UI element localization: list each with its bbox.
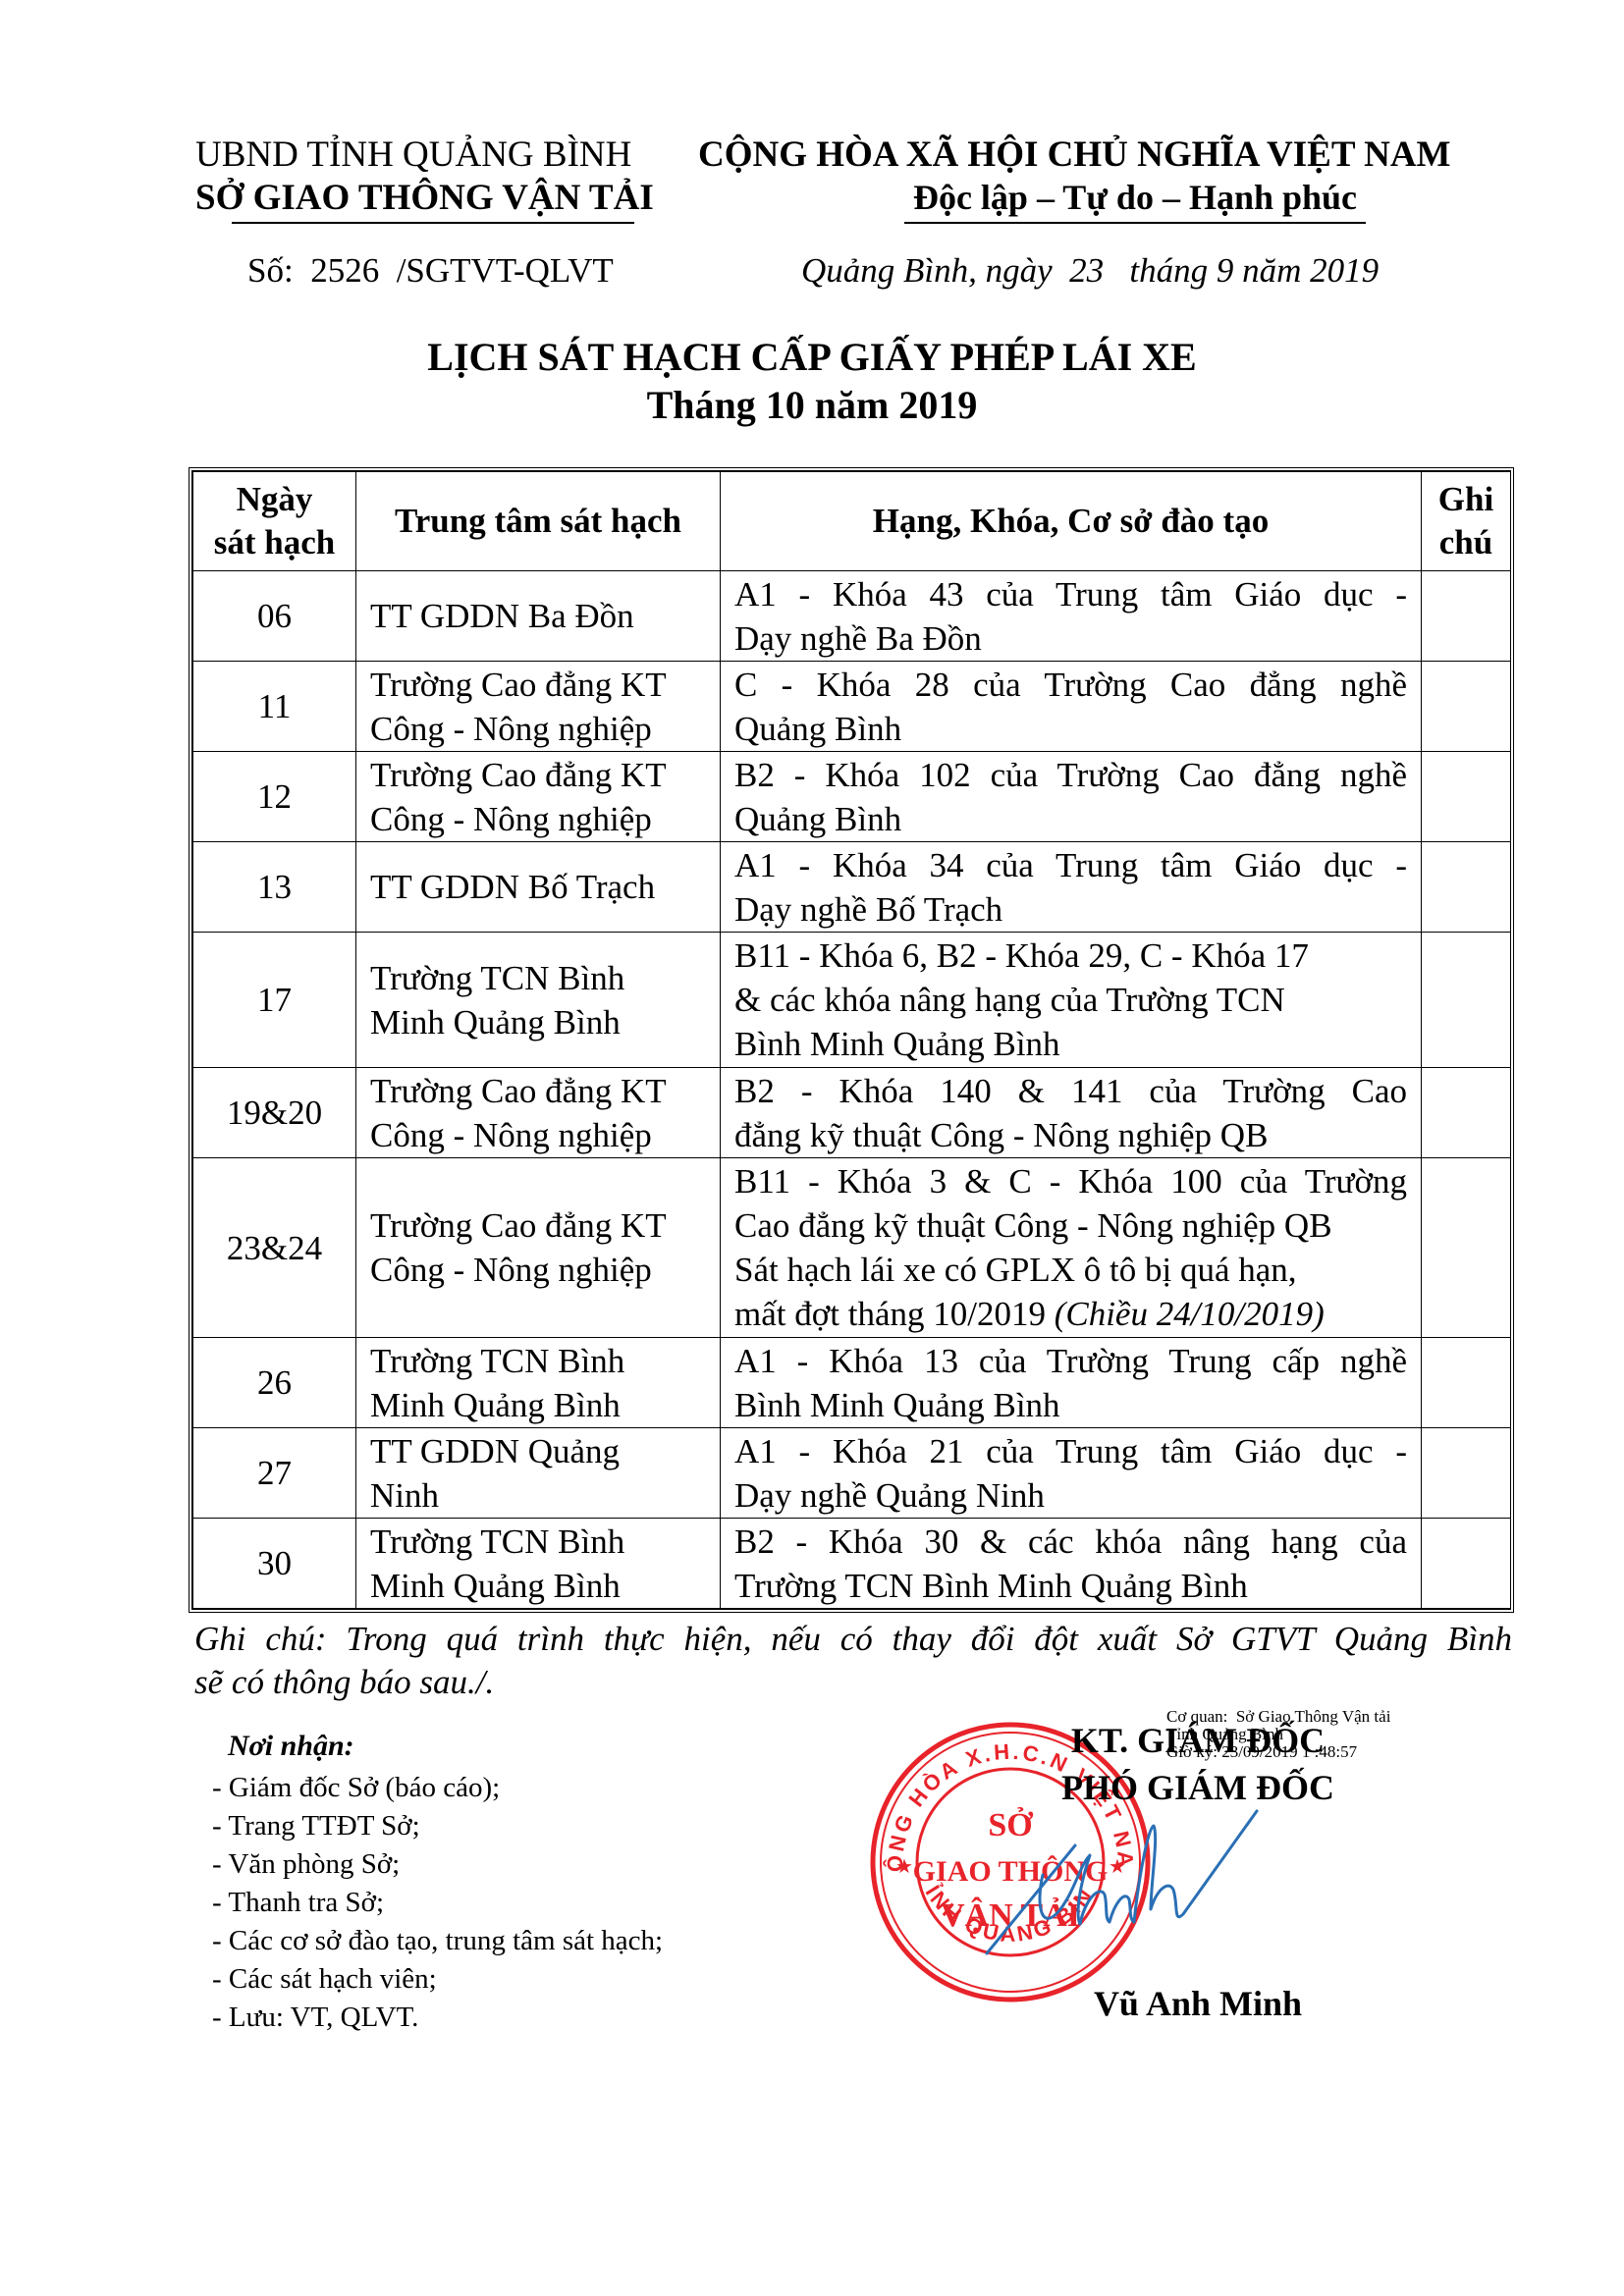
column-header-exam-center: Trung tâm sát hạch xyxy=(356,472,721,571)
exam-center-line: Công - Nông nghiệp xyxy=(370,1113,706,1157)
course-cell: C - Khóa 28 của Trường Cao đẳng nghềQuản… xyxy=(721,662,1422,752)
exam-center-line: Minh Quảng Bình xyxy=(370,1564,706,1608)
recipient-item: - Giám đốc Sở (báo cáo); xyxy=(212,1769,663,1807)
exam-center-cell: Trường Cao đẳng KTCông - Nông nghiệp xyxy=(356,752,721,842)
exam-center-line: Trường Cao đẳng KT xyxy=(370,663,706,707)
recipient-item: - Các cơ sở đào tạo, trung tâm sát hạch; xyxy=(212,1922,663,1960)
header-text: chú xyxy=(1439,523,1492,561)
course-cell: B11 - Khóa 6, B2 - Khóa 29, C - Khóa 17&… xyxy=(721,933,1422,1068)
course-text: Quảng Bình xyxy=(734,710,901,748)
motto-underline xyxy=(904,222,1366,224)
exam-center-line: Trường TCN Bình xyxy=(370,1520,706,1564)
exam-center-cell: Trường TCN BìnhMinh Quảng Bình xyxy=(356,1338,721,1428)
signatory-title: KT. GIÁM ĐỐC xyxy=(982,1720,1414,1761)
header-text: Ngày xyxy=(237,480,313,518)
exam-center-line: Minh Quảng Bình xyxy=(370,1000,706,1044)
document-number: Số: 2526 /SGTVT-QLVT xyxy=(247,251,614,291)
exam-date-cell: 12 xyxy=(193,752,356,842)
table-row: 30Trường TCN BìnhMinh Quảng BìnhB2 - Khó… xyxy=(193,1519,1511,1609)
recipient-item: - Trang TTĐT Sở; xyxy=(212,1807,663,1845)
recipient-item: - Lưu: VT, QLVT. xyxy=(212,1999,663,2037)
exam-center-cell: Trường TCN BìnhMinh Quảng Bình xyxy=(356,1519,721,1609)
exam-center-cell: Trường Cao đẳng KTCông - Nông nghiệp xyxy=(356,1158,721,1338)
exam-date-cell: 23&24 xyxy=(193,1158,356,1338)
course-text: Dạy nghề Bố Trạch xyxy=(734,890,1002,929)
note-cell xyxy=(1422,842,1511,933)
note-cell xyxy=(1422,662,1511,752)
course-cell: A1 - Khóa 21 của Trung tâm Giáo dục -Dạy… xyxy=(721,1428,1422,1519)
footnote-line: Ghi chú: Trong quá trình thực hiện, nếu … xyxy=(194,1618,1512,1661)
course-text: & các khóa nâng hạng của Trường TCN xyxy=(734,981,1285,1019)
course-line: A1 - Khóa 21 của Trung tâm Giáo dục - xyxy=(734,1429,1407,1473)
note-cell xyxy=(1422,933,1511,1068)
document-title: LỊCH SÁT HẠCH CẤP GIẤY PHÉP LÁI XE xyxy=(0,334,1624,380)
recipient-item: - Văn phòng Sở; xyxy=(212,1845,663,1884)
exam-center-line: TT GDDN Quảng xyxy=(370,1429,706,1473)
exam-center-line: Trường Cao đẳng KT xyxy=(370,753,706,797)
exam-center-cell: TT GDDN QuảngNinh xyxy=(356,1428,721,1519)
exam-center-line: Trường Cao đẳng KT xyxy=(370,1069,706,1113)
course-line: đẳng kỹ thuật Công - Nông nghiệp QB xyxy=(734,1113,1407,1157)
course-text: A1 - Khóa 43 của Trung tâm Giáo dục - xyxy=(734,575,1407,614)
signer-name: Vũ Anh Minh xyxy=(982,1983,1414,2024)
exam-center-cell: TT GDDN Ba Đồn xyxy=(356,571,721,662)
recipient-item: - Thanh tra Sở; xyxy=(212,1884,663,1922)
course-line: Dạy nghề Bố Trạch xyxy=(734,887,1407,932)
course-text: B11 - Khóa 3 & C - Khóa 100 của Trường xyxy=(734,1162,1407,1201)
course-text: Trường TCN Bình Minh Quảng Bình xyxy=(734,1567,1248,1605)
course-text: A1 - Khóa 21 của Trung tâm Giáo dục - xyxy=(734,1432,1407,1470)
recipients-title: Nơi nhận: xyxy=(228,1730,354,1763)
course-text: A1 - Khóa 34 của Trung tâm Giáo dục - xyxy=(734,846,1407,884)
exam-date-cell: 27 xyxy=(193,1428,356,1519)
handwritten-signature-icon xyxy=(982,1806,1394,1963)
course-line: Dạy nghề Quảng Ninh xyxy=(734,1473,1407,1518)
exam-center-line: Công - Nông nghiệp xyxy=(370,1248,706,1292)
course-cell: B2 - Khóa 102 của Trường Cao đẳng nghềQu… xyxy=(721,752,1422,842)
national-motto: Độc lập – Tự do – Hạnh phúc xyxy=(904,177,1366,218)
svg-text:★: ★ xyxy=(895,1856,913,1878)
course-line: C - Khóa 28 của Trường Cao đẳng nghề xyxy=(734,663,1407,707)
course-text: A1 - Khóa 13 của Trường Trung cấp nghề xyxy=(734,1342,1407,1380)
table-row: 11Trường Cao đẳng KTCông - Nông nghiệpC … xyxy=(193,662,1511,752)
exam-center-cell: Trường Cao đẳng KTCông - Nông nghiệp xyxy=(356,662,721,752)
parent-organization: UBND TỈNH QUẢNG BÌNH xyxy=(195,133,631,176)
exam-center-line: TT GDDN Ba Đồn xyxy=(370,594,706,638)
note-cell xyxy=(1422,1158,1511,1338)
course-line: Quảng Bình xyxy=(734,707,1407,751)
course-text: Bình Minh Quảng Bình xyxy=(734,1025,1060,1063)
national-title: CỘNG HÒA XÃ HỘI CHỦ NGHĨA VIỆT NAM xyxy=(698,133,1450,176)
exam-center-cell: Trường TCN BìnhMinh Quảng Bình xyxy=(356,933,721,1068)
table-header-row: Ngày sát hạch Trung tâm sát hạch Hạng, K… xyxy=(193,472,1511,571)
exam-date-cell: 06 xyxy=(193,571,356,662)
course-text: Dạy nghề Quảng Ninh xyxy=(734,1476,1045,1515)
exam-date-cell: 30 xyxy=(193,1519,356,1609)
course-line: Cao đẳng kỹ thuật Công - Nông nghiệp QB xyxy=(734,1203,1407,1248)
course-time-note: (Chiều 24/10/2019) xyxy=(1055,1295,1325,1333)
exam-center-line: Trường TCN Bình xyxy=(370,1339,706,1383)
note-cell xyxy=(1422,1428,1511,1519)
course-text: Sát hạch lái xe có GPLX ô tô bị quá hạn, xyxy=(734,1251,1297,1289)
course-line: & các khóa nâng hạng của Trường TCN xyxy=(734,978,1407,1022)
column-header-exam-date: Ngày sát hạch xyxy=(193,472,356,571)
course-text: mất đợt tháng 10/2019 xyxy=(734,1295,1055,1333)
table-row: 12Trường Cao đẳng KTCông - Nông nghiệpB2… xyxy=(193,752,1511,842)
note-cell xyxy=(1422,1068,1511,1158)
table-body: 06TT GDDN Ba ĐồnA1 - Khóa 43 của Trung t… xyxy=(193,571,1511,1609)
footnote-line: sẽ có thông báo sau./. xyxy=(194,1661,1512,1704)
exam-date-cell: 19&20 xyxy=(193,1068,356,1158)
course-line: Quảng Bình xyxy=(734,797,1407,841)
exam-date-cell: 11 xyxy=(193,662,356,752)
course-line: Bình Minh Quảng Bình xyxy=(734,1383,1407,1427)
course-line: A1 - Khóa 43 của Trung tâm Giáo dục - xyxy=(734,572,1407,616)
table-row: 26Trường TCN BìnhMinh Quảng BìnhA1 - Khó… xyxy=(193,1338,1511,1428)
table-row: 17Trường TCN BìnhMinh Quảng BìnhB11 - Kh… xyxy=(193,933,1511,1068)
signatory-position: PHÓ GIÁM ĐỐC xyxy=(982,1767,1414,1808)
table-row: 23&24Trường Cao đẳng KTCông - Nông nghiệ… xyxy=(193,1158,1511,1338)
course-line: B11 - Khóa 3 & C - Khóa 100 của Trường xyxy=(734,1159,1407,1203)
issuing-organization: SỞ GIAO THÔNG VẬN TẢI xyxy=(195,177,654,219)
course-cell: B2 - Khóa 30 & các khóa nâng hạng củaTrư… xyxy=(721,1519,1422,1609)
exam-date-cell: 17 xyxy=(193,933,356,1068)
column-header-course: Hạng, Khóa, Cơ sở đào tạo xyxy=(721,472,1422,571)
course-line: B2 - Khóa 102 của Trường Cao đẳng nghề xyxy=(734,753,1407,797)
course-line: mất đợt tháng 10/2019 (Chiều 24/10/2019) xyxy=(734,1292,1407,1336)
course-text: Bình Minh Quảng Bình xyxy=(734,1386,1060,1424)
column-header-note: Ghi chú xyxy=(1422,472,1511,571)
exam-center-line: Trường Cao đẳng KT xyxy=(370,1203,706,1248)
course-text: đẳng kỹ thuật Công - Nông nghiệp QB xyxy=(734,1116,1268,1154)
exam-schedule-table: Ngày sát hạch Trung tâm sát hạch Hạng, K… xyxy=(189,467,1514,1613)
course-text: B2 - Khóa 140 & 141 của Trường Cao xyxy=(734,1072,1407,1110)
exam-center-cell: TT GDDN Bố Trạch xyxy=(356,842,721,933)
course-line: Trường TCN Bình Minh Quảng Bình xyxy=(734,1564,1407,1608)
course-line: Sát hạch lái xe có GPLX ô tô bị quá hạn, xyxy=(734,1248,1407,1292)
course-line: B11 - Khóa 6, B2 - Khóa 29, C - Khóa 17 xyxy=(734,934,1407,978)
exam-center-line: Công - Nông nghiệp xyxy=(370,707,706,751)
organization-underline xyxy=(232,222,634,224)
course-cell: A1 - Khóa 43 của Trung tâm Giáo dục -Dạy… xyxy=(721,571,1422,662)
exam-center-line: TT GDDN Bố Trạch xyxy=(370,865,706,909)
course-text: Quảng Bình xyxy=(734,800,901,838)
exam-center-line: Công - Nông nghiệp xyxy=(370,797,706,841)
exam-date-cell: 26 xyxy=(193,1338,356,1428)
exam-center-cell: Trường Cao đẳng KTCông - Nông nghiệp xyxy=(356,1068,721,1158)
exam-date-cell: 13 xyxy=(193,842,356,933)
course-cell: A1 - Khóa 13 của Trường Trung cấp nghềBì… xyxy=(721,1338,1422,1428)
table-row: 06TT GDDN Ba ĐồnA1 - Khóa 43 của Trung t… xyxy=(193,571,1511,662)
course-cell: B11 - Khóa 3 & C - Khóa 100 của TrườngCa… xyxy=(721,1158,1422,1338)
course-text: B11 - Khóa 6, B2 - Khóa 29, C - Khóa 17 xyxy=(734,936,1309,975)
table-row: 27TT GDDN QuảngNinhA1 - Khóa 21 của Trun… xyxy=(193,1428,1511,1519)
course-text: B2 - Khóa 30 & các khóa nâng hạng của xyxy=(734,1522,1407,1561)
recipients-list: - Giám đốc Sở (báo cáo);- Trang TTĐT Sở;… xyxy=(212,1769,663,2037)
exam-center-line: Ninh xyxy=(370,1473,706,1518)
note-cell xyxy=(1422,571,1511,662)
table-row: 13TT GDDN Bố TrạchA1 - Khóa 34 của Trung… xyxy=(193,842,1511,933)
note-cell xyxy=(1422,752,1511,842)
exam-center-line: Trường TCN Bình xyxy=(370,956,706,1000)
table-row: 19&20Trường Cao đẳng KTCông - Nông nghiệ… xyxy=(193,1068,1511,1158)
recipient-item: - Các sát hạch viên; xyxy=(212,1960,663,1999)
course-text: Dạy nghề Ba Đồn xyxy=(734,619,982,658)
course-line: Dạy nghề Ba Đồn xyxy=(734,616,1407,661)
course-line: Bình Minh Quảng Bình xyxy=(734,1022,1407,1066)
note-cell xyxy=(1422,1519,1511,1609)
exam-center-line: Minh Quảng Bình xyxy=(370,1383,706,1427)
course-cell: B2 - Khóa 140 & 141 của Trường Caođẳng k… xyxy=(721,1068,1422,1158)
document-subtitle: Tháng 10 năm 2019 xyxy=(0,382,1624,428)
course-line: B2 - Khóa 30 & các khóa nâng hạng của xyxy=(734,1520,1407,1564)
course-text: Cao đẳng kỹ thuật Công - Nông nghiệp QB xyxy=(734,1206,1332,1245)
course-text: C - Khóa 28 của Trường Cao đẳng nghề xyxy=(734,666,1407,704)
course-line: A1 - Khóa 13 của Trường Trung cấp nghề xyxy=(734,1339,1407,1383)
course-line: B2 - Khóa 140 & 141 của Trường Cao xyxy=(734,1069,1407,1113)
header-text: Ghi xyxy=(1438,480,1493,518)
note-cell xyxy=(1422,1338,1511,1428)
course-cell: A1 - Khóa 34 của Trung tâm Giáo dục -Dạy… xyxy=(721,842,1422,933)
footnote: Ghi chú: Trong quá trình thực hiện, nếu … xyxy=(194,1618,1512,1704)
document-date: Quảng Bình, ngày 23 tháng 9 năm 2019 xyxy=(801,251,1379,291)
course-line: A1 - Khóa 34 của Trung tâm Giáo dục - xyxy=(734,843,1407,887)
header-text: sát hạch xyxy=(214,523,336,561)
course-text: B2 - Khóa 102 của Trường Cao đẳng nghề xyxy=(734,756,1407,794)
